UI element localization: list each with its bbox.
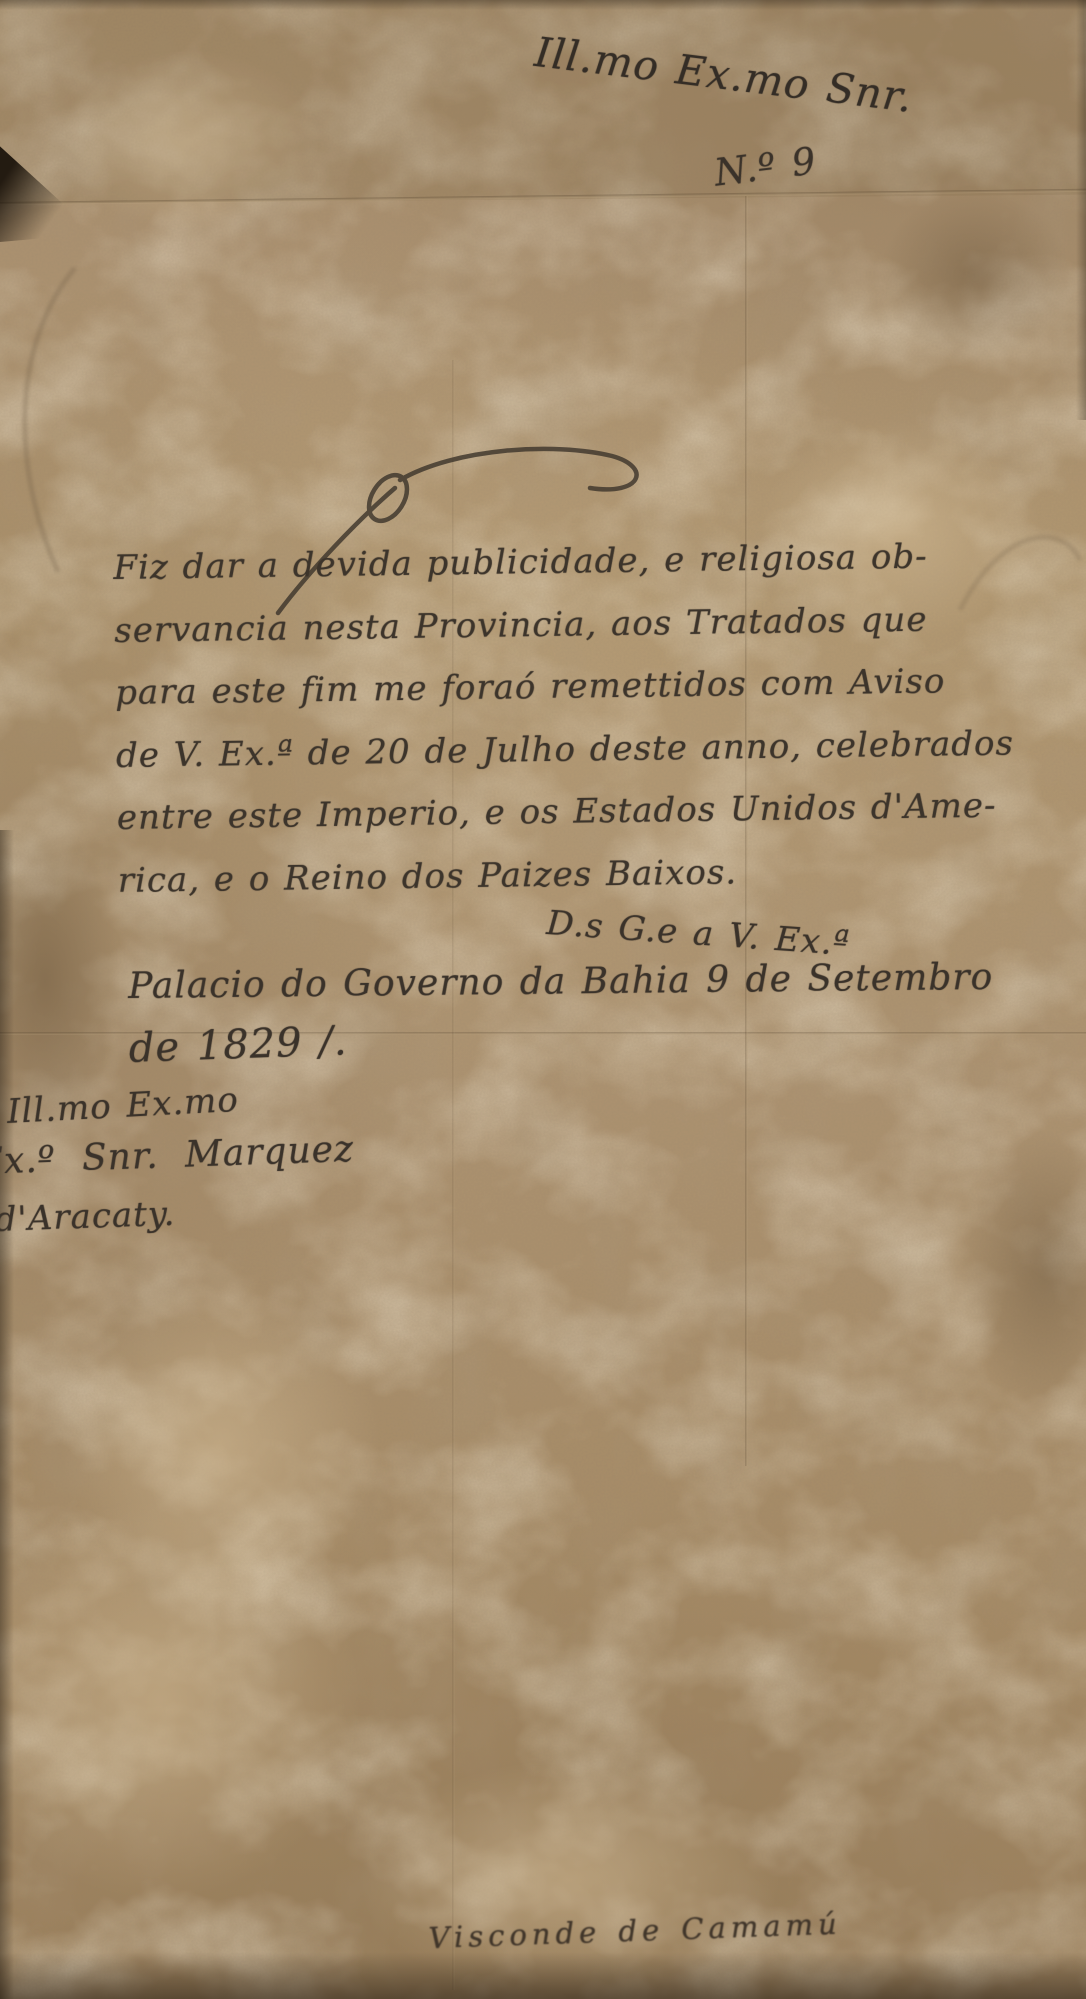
page-edge-shadow — [0, 0, 1086, 10]
body-line: rica, e o Reino dos Paizes Baixos. — [117, 837, 1016, 912]
page-edge-shadow — [0, 830, 14, 1999]
page-edge-shadow — [1076, 0, 1086, 420]
letter-body: Fiz dar a devida publicidade, e religios… — [113, 524, 1016, 912]
manuscript-page: Ill.mo Ex.mo Snr. N.º 9 Fiz dar a devida… — [0, 0, 1086, 1999]
addressee-name: d'Aracaty. — [0, 1194, 176, 1240]
page-edge-shadow — [0, 1952, 1086, 1999]
dateline-year: de 1829 /. — [128, 1018, 348, 1072]
